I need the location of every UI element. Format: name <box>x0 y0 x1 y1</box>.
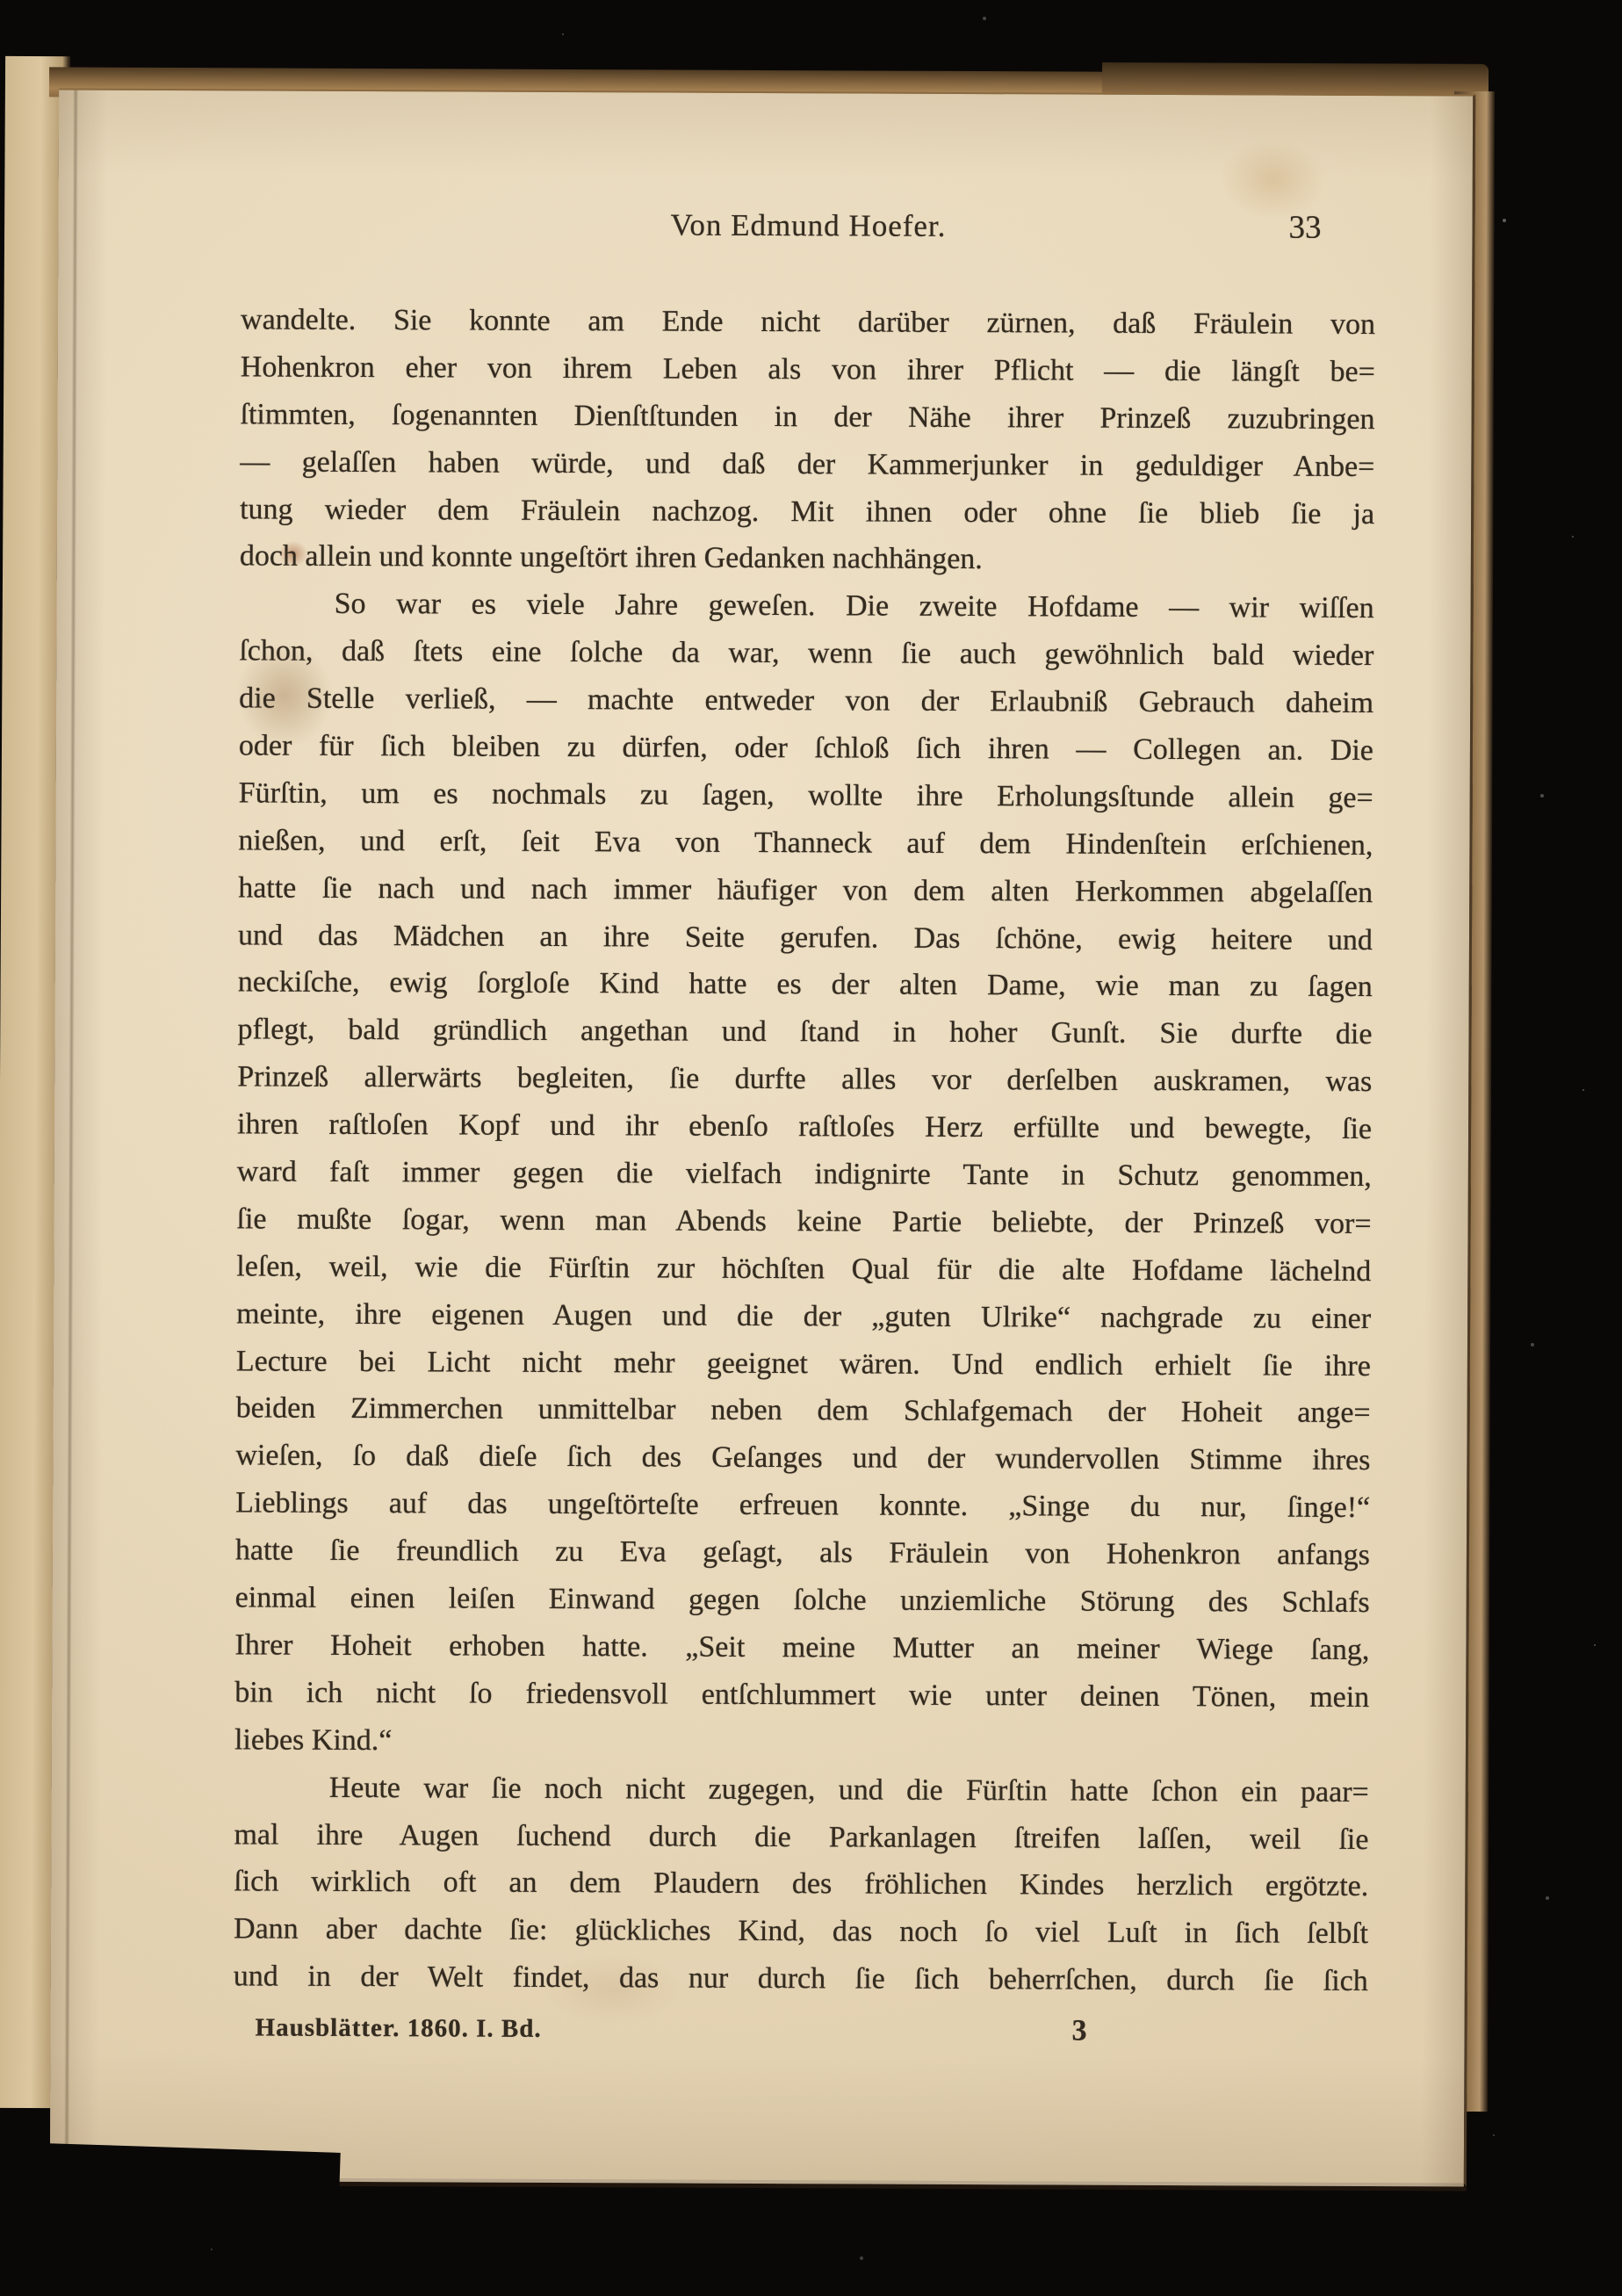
author-line: Von Edmund Hoefer. <box>241 199 1375 252</box>
text-line: mal ihre Augen ſuchend durch die Parkanl… <box>234 1811 1368 1864</box>
text-line: ſich wirklich oft an dem Plaudern des fr… <box>234 1859 1368 1911</box>
text-line: Heute war ſie noch nicht zugegen, und di… <box>234 1764 1369 1816</box>
running-header: Von Edmund Hoefer. 33 <box>241 199 1375 252</box>
text-line: und das Mädchen an ihre Seite gerufen. D… <box>238 912 1373 964</box>
dust-specks <box>0 0 2 2</box>
text-line: hatte ſie freundlich zu Eva geſagt, als … <box>235 1527 1370 1580</box>
text-line: oder für ſich bleiben zu dürfen, oder ſc… <box>239 722 1373 775</box>
text-line: tung wieder dem Fräulein nachzog. Mit ih… <box>240 486 1374 538</box>
bottom-left-shadow <box>23 2142 341 2206</box>
text-line: einmal einen leiſen Einwand gegen ſolche… <box>235 1574 1370 1627</box>
text-line: — gelaſſen haben würde, und daß der Kamm… <box>240 438 1374 491</box>
text-line: neckiſche, ewig ſorgloſe Kind hatte es d… <box>238 959 1373 1012</box>
footer: Hausblätter. 1860. I. Bd. 3 <box>233 2005 1367 2054</box>
text-line: beiden Zimmerchen unmittelbar neben dem … <box>236 1385 1371 1438</box>
text-line: So war es viele Jahre geweſen. Die zweit… <box>240 581 1374 633</box>
signature-mark: 3 <box>1071 2010 1086 2054</box>
gutter-crease <box>64 90 78 2177</box>
text-line: bin ich nicht ſo friedensvoll entſchlumm… <box>234 1669 1369 1722</box>
imprint: Hausblätter. 1860. I. Bd. <box>255 2005 541 2050</box>
text-line: wieſen, ſo daß dieſe ſich des Geſanges u… <box>235 1433 1370 1485</box>
text-line: pflegt, bald gründlich angethan und ſtan… <box>237 1007 1372 1059</box>
text-line: Lieblings auf das ungeſtörteſte erfreuen… <box>235 1480 1370 1533</box>
text-line: Hohenkron eher von ihrem Leben als von i… <box>241 343 1375 396</box>
scanned-book-photo: { "doc": { "header": { "author_line": "V… <box>0 0 1622 2296</box>
text-line: nießen, und erſt, ſeit Eva von Thanneck … <box>238 817 1373 870</box>
page-number: 33 <box>1288 205 1321 252</box>
text-line: ihren raſtloſen Kopf und ihr ebenſo raſt… <box>237 1101 1372 1154</box>
text-line: hatte ſie nach und nach immer häufiger v… <box>238 864 1373 917</box>
text-line: ſtimmten, ſogenannten Dienſtſtunden in d… <box>240 391 1374 444</box>
text-line: die Stelle verließ, — machte entweder vo… <box>239 675 1373 728</box>
book-page: Von Edmund Hoefer. 33 wandelte. Sie konn… <box>50 88 1475 2186</box>
text-line: liebes Kind.“ <box>234 1716 1369 1769</box>
text-line: ſie mußte ſogar, wenn man Abends keine P… <box>236 1195 1371 1248</box>
text-line: ward faſt immer gegen die vielfach indig… <box>237 1148 1372 1201</box>
text-line: Lecture bei Licht nicht mehr geeignet wä… <box>236 1338 1371 1390</box>
text-line: doch allein und konnte ungeſtört ihren G… <box>240 533 1374 586</box>
text-line: Dann aber dachte ſie: glückliches Kind, … <box>234 1906 1368 1959</box>
text-line: meinte, ihre eigenen Augen und die der „… <box>236 1290 1371 1343</box>
text-line: Prinzeß allerwärts begleiten, ſie durfte… <box>237 1054 1372 1107</box>
text-line: Ihrer Hoheit erhoben hatte. „Seit meine … <box>234 1621 1369 1674</box>
body-text: wandelte. Sie konnte am Ende nicht darüb… <box>234 296 1375 2005</box>
text-line: leſen, weil, wie die Fürſtin zur höchſte… <box>236 1243 1371 1296</box>
text-line: ſchon, daß ſtets eine ſolche da war, wen… <box>239 628 1373 681</box>
text-line: Fürſtin, um es nochmals zu ſagen, wollte… <box>239 769 1373 822</box>
text-line: wandelte. Sie konnte am Ende nicht darüb… <box>241 296 1375 349</box>
text-block: Von Edmund Hoefer. 33 wandelte. Sie konn… <box>233 90 1376 2183</box>
text-line: und in der Welt findet, das nur durch ſi… <box>234 1953 1368 2006</box>
